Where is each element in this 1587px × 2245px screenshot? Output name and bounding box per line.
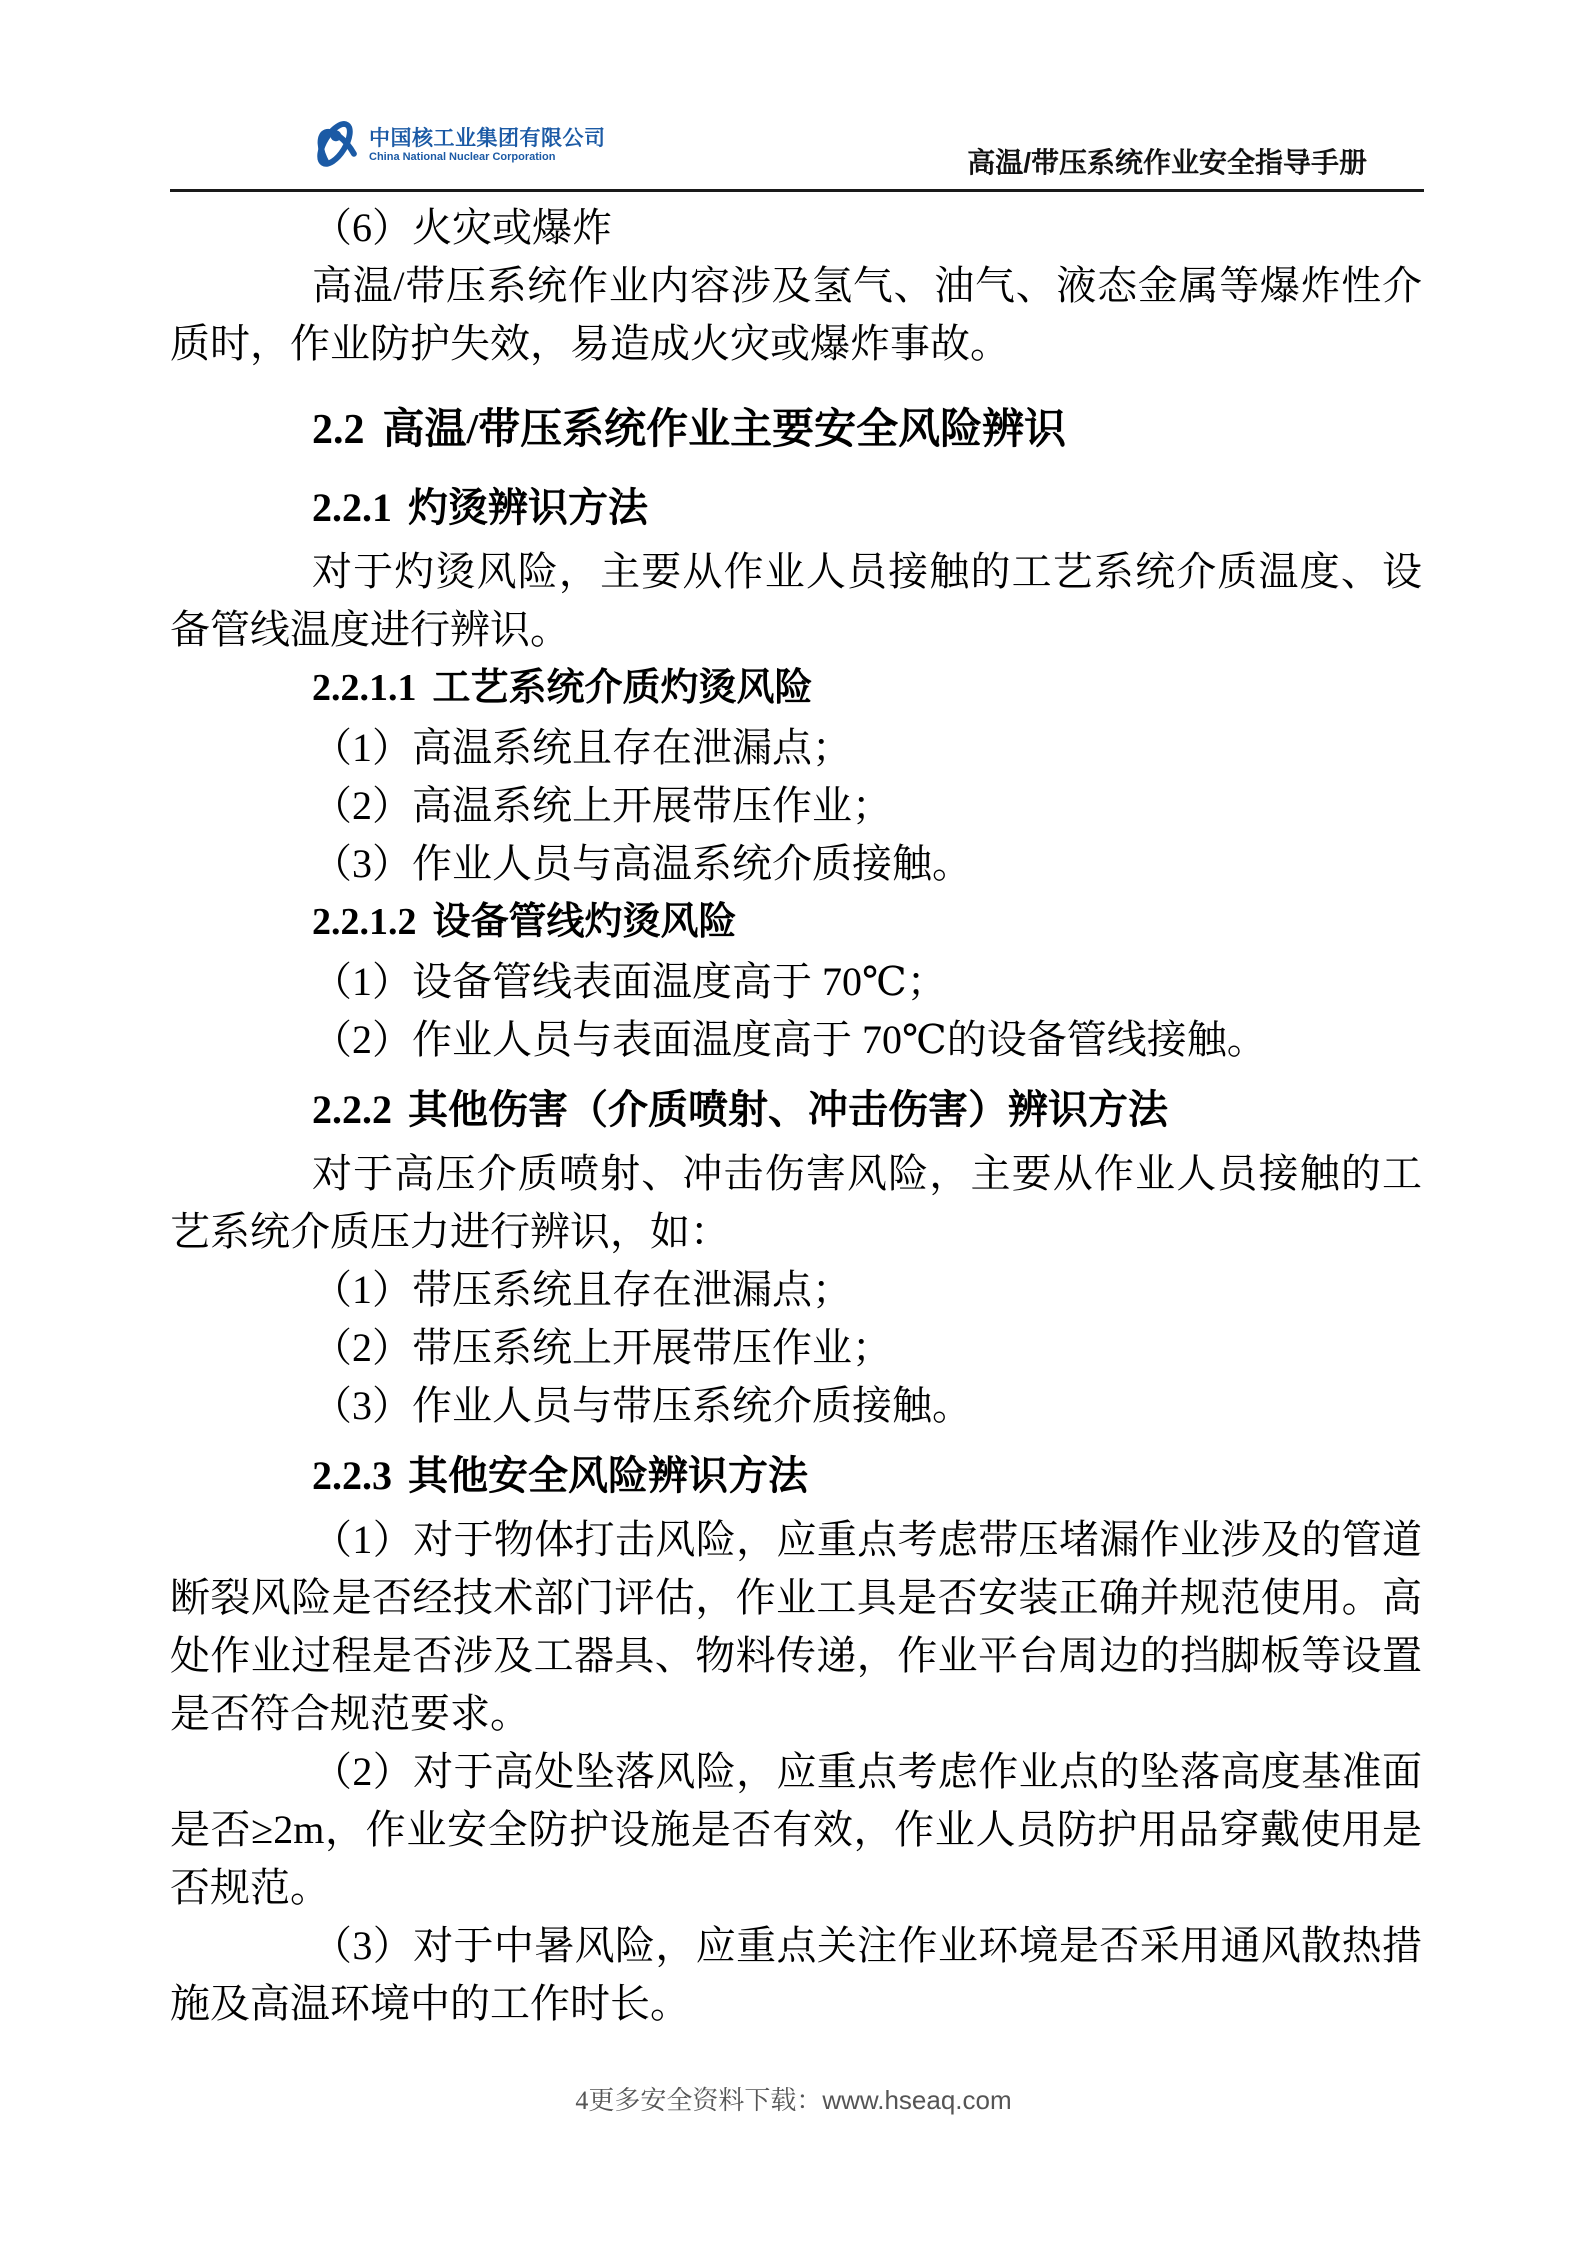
heading-number: 2.2.2 xyxy=(312,1087,392,1132)
list-item: （2）高温系统上开展带压作业； xyxy=(170,777,1422,835)
paragraph: 对于高压介质喷射、冲击伤害风险，主要从作业人员接触的工艺系统介质压力进行辨识，如… xyxy=(170,1145,1422,1261)
logo-en-name: China National Nuclear Corporation xyxy=(369,152,606,163)
heading-text: 其他伤害（介质喷射、冲击伤害）辨识方法 xyxy=(408,1088,1168,1132)
heading-number: 2.2.3 xyxy=(312,1453,392,1498)
page-header: 中国核工业集团有限公司 China National Nuclear Corpo… xyxy=(170,0,1424,192)
section-heading-2-2: 2.2高温/带压系统作业主要安全风险辨识 xyxy=(312,401,1422,459)
heading-number: 2.2 xyxy=(312,407,365,453)
footer-url: www.hseaq.com xyxy=(822,2085,1011,2115)
paragraph: （2）对于高处坠落风险，应重点考虑作业点的坠落高度基准面是否≥2m，作业安全防护… xyxy=(170,1743,1422,1917)
document-page: 中国核工业集团有限公司 China National Nuclear Corpo… xyxy=(0,0,1587,2245)
atom-icon xyxy=(308,114,362,177)
section-heading-2-2-2: 2.2.2其他伤害（介质喷射、冲击伤害）辨识方法 xyxy=(312,1081,1422,1139)
heading-number: 2.2.1.1 xyxy=(312,667,417,709)
heading-number: 2.2.1.2 xyxy=(312,901,417,943)
list-item: （2）带压系统上开展带压作业； xyxy=(170,1319,1422,1377)
document-body: （6）火灾或爆炸 高温/带压系统作业内容涉及氢气、油气、液态金属等爆炸性介质时，… xyxy=(170,195,1422,2033)
paragraph: 高温/带压系统作业内容涉及氢气、油气、液态金属等爆炸性介质时，作业防护失效，易造… xyxy=(170,257,1422,373)
logo-cn-name: 中国核工业集团有限公司 xyxy=(369,128,606,149)
list-item: （2）作业人员与表面温度高于 70℃的设备管线接触。 xyxy=(170,1011,1422,1069)
header-doc-title: 高温/带压系统作业安全指导手册 xyxy=(967,141,1367,181)
page-footer: 4更多安全资料下载：www.hseaq.com xyxy=(0,2084,1587,2117)
heading-number: 2.2.1 xyxy=(312,485,392,530)
list-item: （1）设备管线表面温度高于 70℃； xyxy=(170,953,1422,1011)
cnnc-logo: 中国核工业集团有限公司 China National Nuclear Corpo… xyxy=(308,114,606,177)
heading-text: 工艺系统介质灼烫风险 xyxy=(433,667,813,709)
paragraph: （3）对于中暑风险，应重点关注作业环境是否采用通风散热措施及高温环境中的工作时长… xyxy=(170,1917,1422,2033)
paragraph: 对于灼烫风险，主要从作业人员接触的工艺系统介质温度、设备管线温度进行辨识。 xyxy=(170,543,1422,659)
heading-text: 设备管线灼烫风险 xyxy=(433,901,737,943)
logo-text: 中国核工业集团有限公司 China National Nuclear Corpo… xyxy=(369,128,606,163)
footer-text: 更多安全资料下载： xyxy=(588,2086,822,2115)
section-heading-2-2-1: 2.2.1灼烫辨识方法 xyxy=(312,479,1422,537)
heading-text: 高温/带压系统作业主要安全风险辨识 xyxy=(383,407,1067,453)
list-item: （6）火灾或爆炸 xyxy=(170,199,1422,257)
list-item: （1）带压系统且存在泄漏点； xyxy=(170,1261,1422,1319)
list-item: （3）作业人员与带压系统介质接触。 xyxy=(170,1377,1422,1435)
list-item: （1）高温系统且存在泄漏点； xyxy=(170,719,1422,777)
section-heading-2-2-1-2: 2.2.1.2设备管线灼烫风险 xyxy=(312,893,1422,951)
paragraph: （1）对于物体打击风险，应重点考虑带压堵漏作业涉及的管道断裂风险是否经技术部门评… xyxy=(170,1511,1422,1743)
heading-text: 其他安全风险辨识方法 xyxy=(408,1454,808,1498)
heading-text: 灼烫辨识方法 xyxy=(408,486,648,530)
list-item: （3）作业人员与高温系统介质接触。 xyxy=(170,835,1422,893)
section-heading-2-2-1-1: 2.2.1.1工艺系统介质灼烫风险 xyxy=(312,659,1422,717)
section-heading-2-2-3: 2.2.3其他安全风险辨识方法 xyxy=(312,1447,1422,1505)
page-number: 4 xyxy=(575,2086,588,2115)
